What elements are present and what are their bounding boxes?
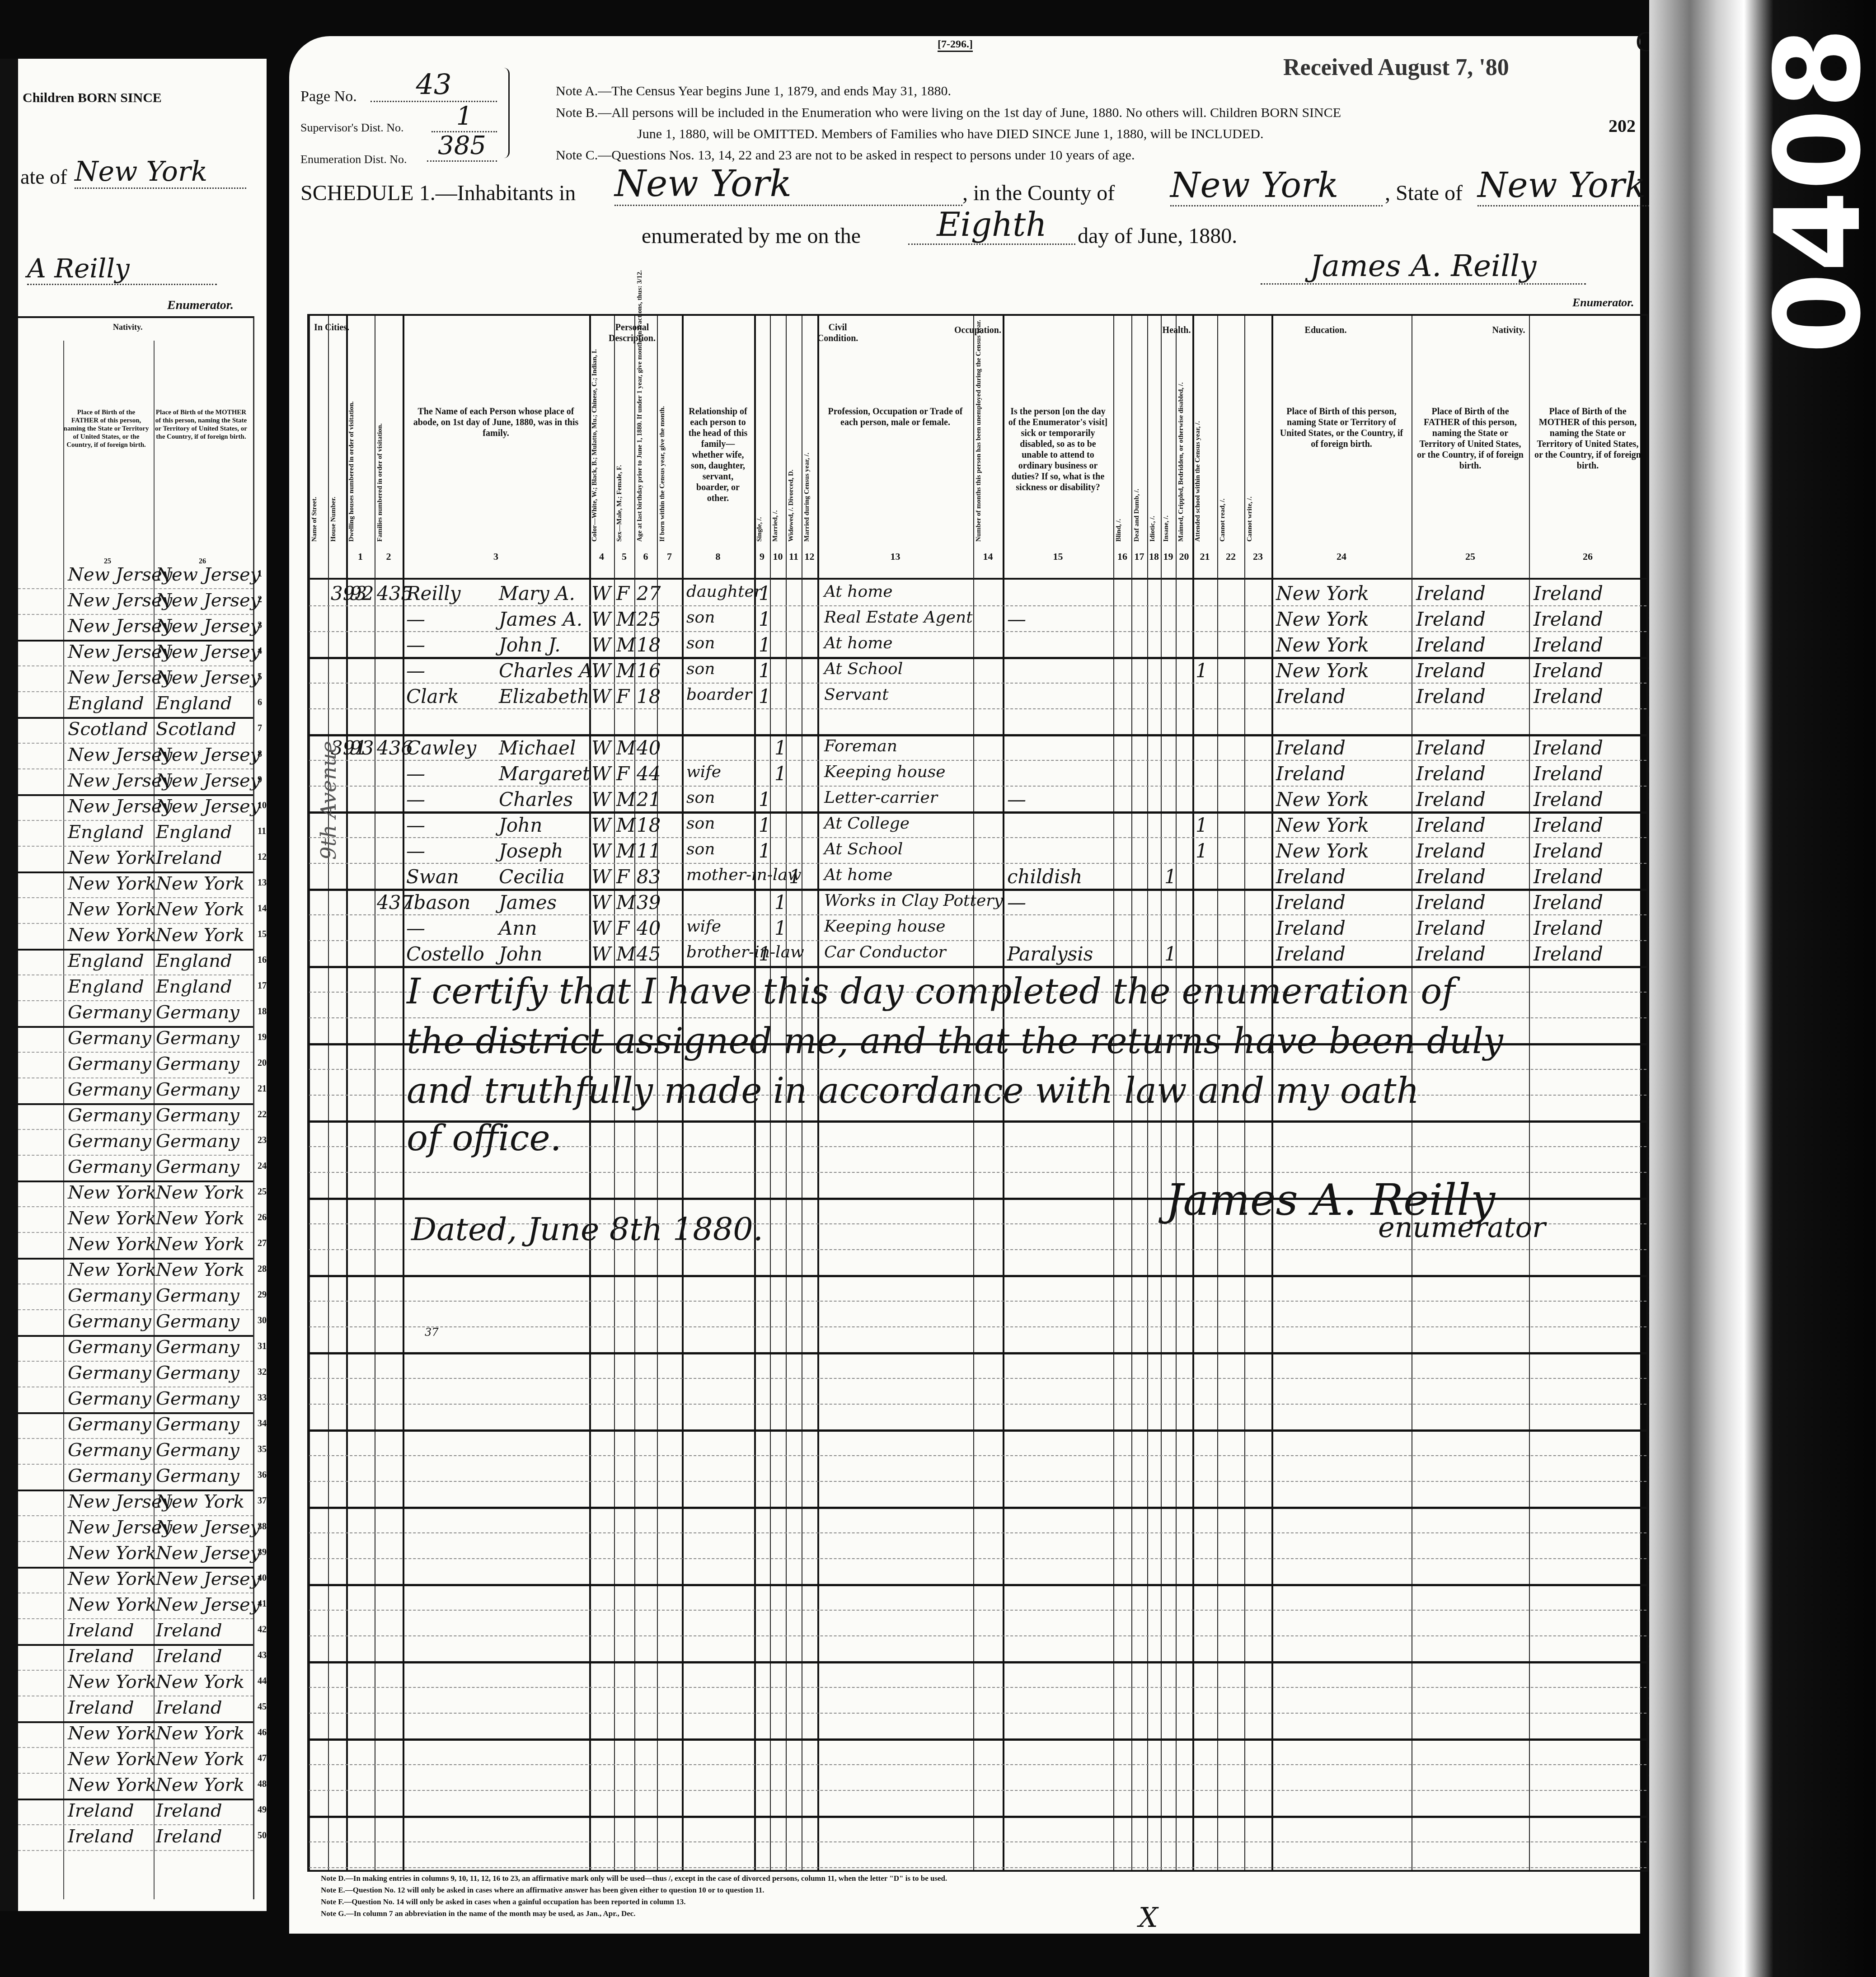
left-line-number: 23 — [258, 1135, 267, 1146]
cell-sex: M — [616, 814, 636, 836]
cell-surname: — — [406, 814, 425, 836]
cell-given: Cecilia — [499, 866, 565, 888]
schedule-title: SCHEDULE 1.—Inhabitants in — [300, 181, 576, 206]
left-table-row: New YorkNew Jersey41 — [18, 1593, 253, 1619]
left-cell-father: New York — [68, 1208, 156, 1229]
left-cell-father: New York — [68, 899, 156, 920]
left-cell-mother: New Jersey — [156, 667, 260, 688]
cell-mother: Ireland — [1534, 737, 1603, 759]
left-cell-father: Germany — [68, 1157, 151, 1177]
left-table-row: GermanyGermany33 — [18, 1387, 253, 1414]
table-row — [309, 1764, 1646, 1791]
cell-birth: New York — [1276, 660, 1369, 682]
left-cell-father: New York — [68, 1182, 156, 1203]
left-cell-mother: Germany — [156, 1131, 239, 1152]
column-header-label: Families numbered in order of visitation… — [376, 352, 384, 542]
left-table-row: New JerseyNew Jersey9 — [18, 768, 253, 796]
left-cell-mother: Germany — [156, 1337, 239, 1358]
cell-birth: Ireland — [1276, 917, 1346, 939]
cell-age: 18 — [637, 814, 661, 836]
state-label: , State of — [1385, 181, 1463, 206]
table-row — [309, 1584, 1646, 1611]
column-header-label: Age at last birthday prior to June 1, 18… — [636, 352, 644, 542]
table-row: ClarkElizabethWF18boarder1ServantIreland… — [309, 683, 1646, 709]
left-line-number: 39 — [258, 1547, 267, 1558]
left-line-number: 11 — [258, 826, 266, 837]
column-number: 21 — [1192, 551, 1217, 562]
table-row — [309, 1301, 1646, 1327]
left-cell-mother: New York — [156, 925, 244, 946]
column-header-label: Insane, /. — [1163, 352, 1170, 542]
left-cell-mother: New York — [156, 1723, 244, 1744]
table-row — [309, 1738, 1646, 1765]
left-line-number: 8 — [258, 749, 262, 759]
cell-married: 1 — [774, 737, 787, 759]
left-line-number: 14 — [258, 904, 267, 914]
cell-color: W — [591, 943, 611, 965]
column-number: 19 — [1161, 551, 1176, 562]
table-row — [309, 1635, 1646, 1663]
left-cell-father: New York — [68, 1672, 156, 1692]
schedule-state: New York — [1477, 165, 1649, 206]
left-line-number: 47 — [258, 1753, 267, 1764]
cell-mother: Ireland — [1534, 634, 1603, 656]
left-line-number: 9 — [258, 775, 262, 785]
left-cell-father: New York — [68, 1723, 156, 1744]
group-education: Education. — [1280, 325, 1371, 336]
cell-given: Joseph — [499, 840, 563, 862]
column-number: 14 — [973, 551, 1003, 562]
certification-line-2: the district assigned me, and that the r… — [407, 1021, 1503, 1062]
table-row — [309, 1713, 1646, 1741]
cell-surname: Cawley — [406, 737, 476, 759]
cell-mother: Ireland — [1534, 763, 1603, 785]
left-cell-mother: New York — [156, 1672, 244, 1692]
cell-birth: New York — [1276, 608, 1369, 630]
left-cell-mother: Germany — [156, 1363, 239, 1383]
left-table-row: IrelandIreland43 — [18, 1644, 253, 1671]
cell-sex: M — [616, 634, 636, 656]
group-nativity: Nativity. — [1375, 325, 1642, 336]
left-cell-mother: Germany — [156, 1388, 239, 1409]
cell-single: 1 — [759, 814, 771, 836]
table-row — [309, 1455, 1646, 1482]
cell-age: 21 — [637, 788, 661, 810]
cell-color: W — [591, 660, 611, 682]
table-row — [309, 1352, 1646, 1379]
table-row — [309, 1275, 1646, 1302]
cell-maimed: 1 — [1164, 866, 1177, 888]
cell-relation: son — [686, 814, 715, 833]
left-cell-mother: Germany — [156, 1311, 239, 1332]
cell-age: 40 — [637, 737, 661, 759]
left-enumerator-label: Enumerator. — [167, 298, 234, 313]
cell-surname: Clark — [406, 685, 459, 707]
left-line-number: 5 — [258, 672, 262, 682]
column-number: 18 — [1147, 551, 1161, 562]
cell-age: 18 — [637, 634, 661, 656]
cell-occupation: Keeping house — [824, 763, 946, 781]
left-table-row: New JerseyNew Jersey5 — [18, 665, 253, 692]
cell-given: Ann — [499, 917, 537, 939]
cell-occupation: Real Estate Agent — [824, 608, 973, 627]
left-cell-father: New York — [68, 1569, 156, 1589]
supervisor-value: 1 — [431, 102, 497, 132]
left-cell-father: New York — [68, 1775, 156, 1795]
left-cell-mother: New Jersey — [156, 564, 260, 585]
cell-father: Ireland — [1416, 685, 1486, 707]
left-line-number: 48 — [258, 1779, 267, 1790]
footer-notes: Note D.—In making entries in columns 9, … — [321, 1873, 947, 1920]
table-row: 437IbasonJamesWM391Works in Clay Pottery… — [309, 889, 1646, 915]
cell-sickness: Paralysis — [1007, 943, 1093, 965]
page-no-label: Page No. — [300, 88, 357, 105]
cell-dwelling: 92 — [350, 582, 374, 604]
table-row — [309, 1481, 1646, 1509]
left-line-number: 44 — [258, 1676, 267, 1687]
cell-mother: Ireland — [1534, 660, 1603, 682]
cell-surname: — — [406, 840, 425, 862]
cell-sex: M — [616, 840, 636, 862]
cell-mother: Ireland — [1534, 814, 1603, 836]
table-row — [309, 1558, 1646, 1586]
left-line-number: 21 — [258, 1084, 267, 1094]
column-number: 12 — [802, 551, 817, 562]
left-cell-father: New York — [68, 1594, 156, 1615]
cell-occupation: Works in Clay Pottery — [824, 891, 1003, 910]
certification-date: Dated, June 8th 1880. — [411, 1211, 763, 1248]
left-cell-father: Ireland — [68, 1826, 134, 1847]
left-cell-mother: New Jersey — [156, 1569, 260, 1589]
column-number: 16 — [1113, 551, 1131, 562]
table-row — [309, 1816, 1646, 1842]
cell-given: Mary A. — [499, 582, 575, 604]
left-cell-father: Germany — [68, 1285, 151, 1306]
table-row: —James A.WM25son1Real Estate Agent—New Y… — [309, 605, 1646, 632]
left-cell-mother: New York — [156, 1208, 244, 1229]
cell-age: 40 — [637, 917, 661, 939]
cell-single: 1 — [759, 685, 771, 707]
left-table-row: GermanyGermany30 — [18, 1309, 253, 1337]
column-header-label: Number of months this person has been un… — [975, 352, 983, 542]
county-label: , in the County of — [962, 181, 1115, 206]
left-cell-mother: Germany — [156, 1440, 239, 1461]
cell-age: 45 — [637, 943, 661, 965]
left-cell-mother: New York — [156, 1260, 244, 1280]
left-table-row: GermanyGermany34 — [18, 1412, 253, 1439]
left-table-row: New YorkNew York27 — [18, 1232, 253, 1260]
left-cell-father: Scotland — [68, 719, 148, 740]
left-line-number: 45 — [258, 1702, 267, 1712]
left-cell-mother: Germany — [156, 1054, 239, 1074]
left-table-row: EnglandEngland17 — [18, 974, 253, 1001]
cell-mother: Ireland — [1534, 917, 1603, 939]
cell-surname: Ibason — [406, 891, 470, 914]
table-row: 39392435ReillyMary A.WF27daughter1At hom… — [309, 580, 1646, 606]
cell-sickness: — — [1007, 608, 1026, 630]
cell-maimed: 1 — [1164, 943, 1177, 965]
left-table-row: GermanyGermany36 — [18, 1464, 253, 1491]
left-cell-mother: England — [156, 822, 232, 843]
table-row — [309, 1790, 1646, 1818]
certification-line-1: I certify that I have this day completed… — [407, 971, 1455, 1012]
cell-color: W — [591, 763, 611, 785]
left-line-number: 43 — [258, 1650, 267, 1661]
left-table-row: GermanyGermany35 — [18, 1438, 253, 1465]
page-no-value: 43 — [371, 68, 497, 102]
left-cell-mother: New Jersey — [156, 1517, 260, 1538]
left-line-number: 26 — [258, 1213, 267, 1223]
left-cell-mother: New Jersey — [156, 1543, 260, 1564]
column-number: 11 — [786, 551, 802, 562]
column-header-label: Married, /. — [772, 352, 779, 542]
left-table-row: EnglandEngland11 — [18, 820, 253, 847]
left-line-number: 49 — [258, 1805, 267, 1815]
left-cell-mother: Ireland — [156, 1697, 222, 1718]
cell-birth: Ireland — [1276, 737, 1346, 759]
left-cell-mother: Ireland — [156, 1826, 222, 1847]
left-cell-mother: Germany — [156, 1105, 239, 1126]
cell-father: Ireland — [1416, 763, 1486, 785]
cell-relation: son — [686, 608, 715, 627]
cell-father: Ireland — [1416, 866, 1486, 888]
left-cell-mother: New Jersey — [156, 745, 260, 765]
cell-occupation: Foreman — [824, 737, 897, 755]
cell-father: Ireland — [1416, 917, 1486, 939]
cell-color: W — [591, 814, 611, 836]
cell-occupation: At home — [824, 866, 893, 884]
left-cell-father: Germany — [68, 1131, 151, 1152]
cell-surname: Swan — [406, 866, 459, 888]
cell-single: 1 — [759, 608, 771, 630]
left-line-number: 20 — [258, 1058, 267, 1068]
left-table-row: GermanyGermany18 — [18, 1000, 253, 1028]
column-header-label: Single, /. — [756, 352, 764, 542]
left-table-row: New JerseyNew Jersey4 — [18, 640, 253, 666]
left-line-number: 16 — [258, 955, 267, 965]
left-table-row: New YorkNew York25 — [18, 1181, 253, 1207]
cell-mother: Ireland — [1534, 582, 1603, 604]
column-header-label: If born within the Census year, give the… — [659, 352, 666, 542]
column-header-label: Idiotic, /. — [1149, 352, 1157, 542]
column-header-label: Blind, /. — [1115, 352, 1123, 542]
left-cell-mother: Germany — [156, 1002, 239, 1023]
column-number: 4 — [589, 551, 614, 562]
left-line-number: 33 — [258, 1393, 267, 1403]
cell-relation: son — [686, 840, 715, 858]
left-line-number: 3 — [258, 620, 262, 631]
schedule-county: New York — [1170, 165, 1383, 206]
left-table-row: New JerseyNew Jersey10 — [18, 794, 253, 821]
left-line-number: 4 — [258, 646, 262, 656]
left-cell-mother: Ireland — [156, 1646, 222, 1667]
note-a: Note A.—The Census Year begins June 1, 1… — [556, 81, 951, 101]
day-suffix: day of June, 1880. — [1078, 224, 1237, 248]
left-cell-father: New York — [68, 925, 156, 946]
left-line-number: 10 — [258, 801, 267, 811]
left-cell-father: New York — [68, 848, 156, 868]
column-header-label: Married during Census year, /. — [803, 352, 811, 542]
cell-age: 39 — [637, 891, 661, 914]
left-cell-father: Germany — [68, 1414, 151, 1435]
left-cell-father: England — [68, 976, 144, 997]
cell-age: 44 — [637, 763, 661, 785]
cell-single: 1 — [759, 943, 771, 965]
cell-color: W — [591, 866, 611, 888]
left-cell-father: Ireland — [68, 1620, 134, 1641]
cell-surname: — — [406, 917, 425, 939]
cell-dwelling: 93 — [350, 737, 374, 759]
column-header-label: House Number. — [330, 352, 338, 542]
left-line-number: 28 — [258, 1264, 267, 1274]
left-table-row: GermanyGermany29 — [18, 1284, 253, 1310]
cell-relation: daughter — [686, 582, 762, 601]
column-number: 8 — [682, 551, 754, 562]
left-cell-mother: Germany — [156, 1285, 239, 1306]
left-table-row: New YorkNew York48 — [18, 1773, 253, 1800]
left-cell-father: New York — [68, 873, 156, 894]
cell-occupation: Car Conductor — [824, 943, 946, 961]
left-line-number: 41 — [258, 1599, 267, 1609]
left-line-number: 35 — [258, 1444, 267, 1455]
table-row — [309, 1249, 1646, 1277]
table-row — [309, 1841, 1646, 1868]
enumeration-label: Enumeration Dist. No. — [300, 153, 407, 166]
cell-father: Ireland — [1416, 891, 1486, 914]
table-row: 39193436CawleyMichaelWM401ForemanIreland… — [309, 734, 1646, 761]
cell-mother: Ireland — [1534, 891, 1603, 914]
cell-married: 1 — [774, 891, 787, 914]
left-cell-father: Germany — [68, 1337, 151, 1358]
cell-father: Ireland — [1416, 660, 1486, 682]
column-header-label: Place of Birth of the MOTHER of this per… — [1533, 406, 1643, 471]
left-cell-mother: Ireland — [156, 1800, 222, 1821]
cell-color: W — [591, 582, 611, 604]
group-health: Health. — [1077, 325, 1276, 336]
column-number: 10 — [770, 551, 786, 562]
left-cell-mother: England — [156, 693, 232, 714]
left-line-number: 34 — [258, 1419, 267, 1429]
cell-occupation: Letter-carrier — [824, 788, 938, 807]
left-cell-mother: Scotland — [156, 719, 236, 740]
cell-given: Elizabeth — [499, 685, 589, 707]
cell-color: W — [591, 840, 611, 862]
left-table-row: GermanyGermany31 — [18, 1335, 253, 1362]
left-line-number: 22 — [258, 1110, 267, 1120]
left-cell-mother: Ireland — [156, 848, 222, 868]
table-row — [309, 1404, 1646, 1432]
table-row: —CharlesWM21son1Letter-carrier—New YorkI… — [309, 786, 1646, 814]
cell-surname: Costello — [406, 943, 484, 965]
left-cell-father: Ireland — [68, 1646, 134, 1667]
received-stamp: Received August 7, '80 — [1283, 54, 1509, 81]
cell-father: Ireland — [1416, 737, 1486, 759]
schedule-place: New York — [614, 163, 962, 206]
left-cell-mother: Germany — [156, 1157, 239, 1177]
left-line-number: 32 — [258, 1367, 267, 1377]
cell-father: Ireland — [1416, 814, 1486, 836]
left-table-row: IrelandIreland50 — [18, 1824, 253, 1851]
left-line-number: 17 — [258, 981, 267, 991]
note-b-cont: June 1, 1880, will be OMITTED. Members o… — [637, 124, 1263, 144]
cell-occupation: At College — [824, 814, 910, 833]
left-enumerator-signature: A Reilly — [27, 253, 217, 285]
cell-school: 1 — [1196, 840, 1208, 862]
left-line-number: 13 — [258, 878, 267, 888]
column-number: 7 — [657, 551, 682, 562]
left-table-row: New YorkNew York14 — [18, 897, 253, 924]
left-cell-mother: New Jersey — [156, 1594, 260, 1615]
left-line-number: 12 — [258, 852, 267, 862]
sheet-number: 202 — [1609, 115, 1636, 136]
column-header-label: Sex—Male, M.; Female, F. — [616, 352, 624, 542]
cell-mother: Ireland — [1534, 788, 1603, 810]
left-cell-father: Germany — [68, 1054, 151, 1074]
column-number: 1 — [346, 551, 375, 562]
left-line-number: 31 — [258, 1341, 267, 1352]
cell-surname: Reilly — [406, 582, 461, 604]
column-number: 26 — [1529, 551, 1646, 562]
left-table-row: New JerseyNew Jersey1 — [18, 562, 253, 589]
cell-relation: brother-in-law — [686, 943, 804, 961]
left-table-row: GermanyGermany20 — [18, 1052, 253, 1078]
form-number: [7-296.] — [938, 38, 973, 52]
left-line-number: 38 — [258, 1522, 267, 1532]
cell-birth: New York — [1276, 814, 1369, 836]
cell-single: 1 — [759, 634, 771, 656]
left-table-row: GermanyGermany21 — [18, 1078, 253, 1105]
column-header-label: Profession, Occupation or Trade of each … — [821, 406, 970, 428]
cell-mother: Ireland — [1534, 608, 1603, 630]
cell-relation: wife — [686, 763, 721, 781]
left-table-row: New JerseyNew Jersey38 — [18, 1515, 253, 1542]
left-line-number: 18 — [258, 1007, 267, 1017]
table-row: —Charles A.WM16son1At School1New YorkIre… — [309, 657, 1646, 684]
certification-line-4: of office. — [407, 1118, 561, 1159]
frame-number: 0408 — [1762, 27, 1866, 354]
column-header-label: Attended school within the Census year, … — [1194, 352, 1202, 542]
table-row — [309, 1661, 1646, 1688]
column-number: 17 — [1131, 551, 1147, 562]
left-table-row: ScotlandScotland7 — [18, 717, 253, 744]
note-b: Note B.—All persons will be included in … — [556, 103, 1341, 123]
left-cell-father: Germany — [68, 1311, 151, 1332]
left-cell-father: Germany — [68, 1079, 151, 1100]
left-line-number: 24 — [258, 1161, 267, 1171]
group-personal: Personal Description. — [598, 322, 666, 344]
left-line-number: 1 — [258, 569, 262, 579]
cell-sex: F — [616, 917, 629, 939]
left-table-row: New YorkNew York28 — [18, 1258, 253, 1284]
left-table-row: EnglandEngland6 — [18, 691, 253, 719]
left-line-number: 46 — [258, 1728, 267, 1738]
cell-single: 1 — [759, 788, 771, 810]
cell-birth: Ireland — [1276, 763, 1346, 785]
left-line-number: 27 — [258, 1238, 267, 1249]
cell-occupation: At School — [824, 660, 903, 678]
stray-mark: 37 — [425, 1326, 439, 1339]
left-cell-mother: New Jersey — [156, 796, 260, 817]
column-header-label: Name of Street. — [311, 352, 319, 542]
cell-sex: M — [616, 943, 636, 965]
left-table-row: New JerseyNew Jersey2 — [18, 588, 253, 615]
left-nativity-label: Nativity. — [113, 323, 143, 332]
cell-surname: — — [406, 634, 425, 656]
note-g: Note G.—In column 7 an abbreviation in t… — [321, 1908, 947, 1920]
group-in-cities: In Cities. — [314, 322, 350, 333]
left-cell-father: Germany — [68, 1388, 151, 1409]
enumerated-label: enumerated by me on the — [642, 224, 861, 248]
